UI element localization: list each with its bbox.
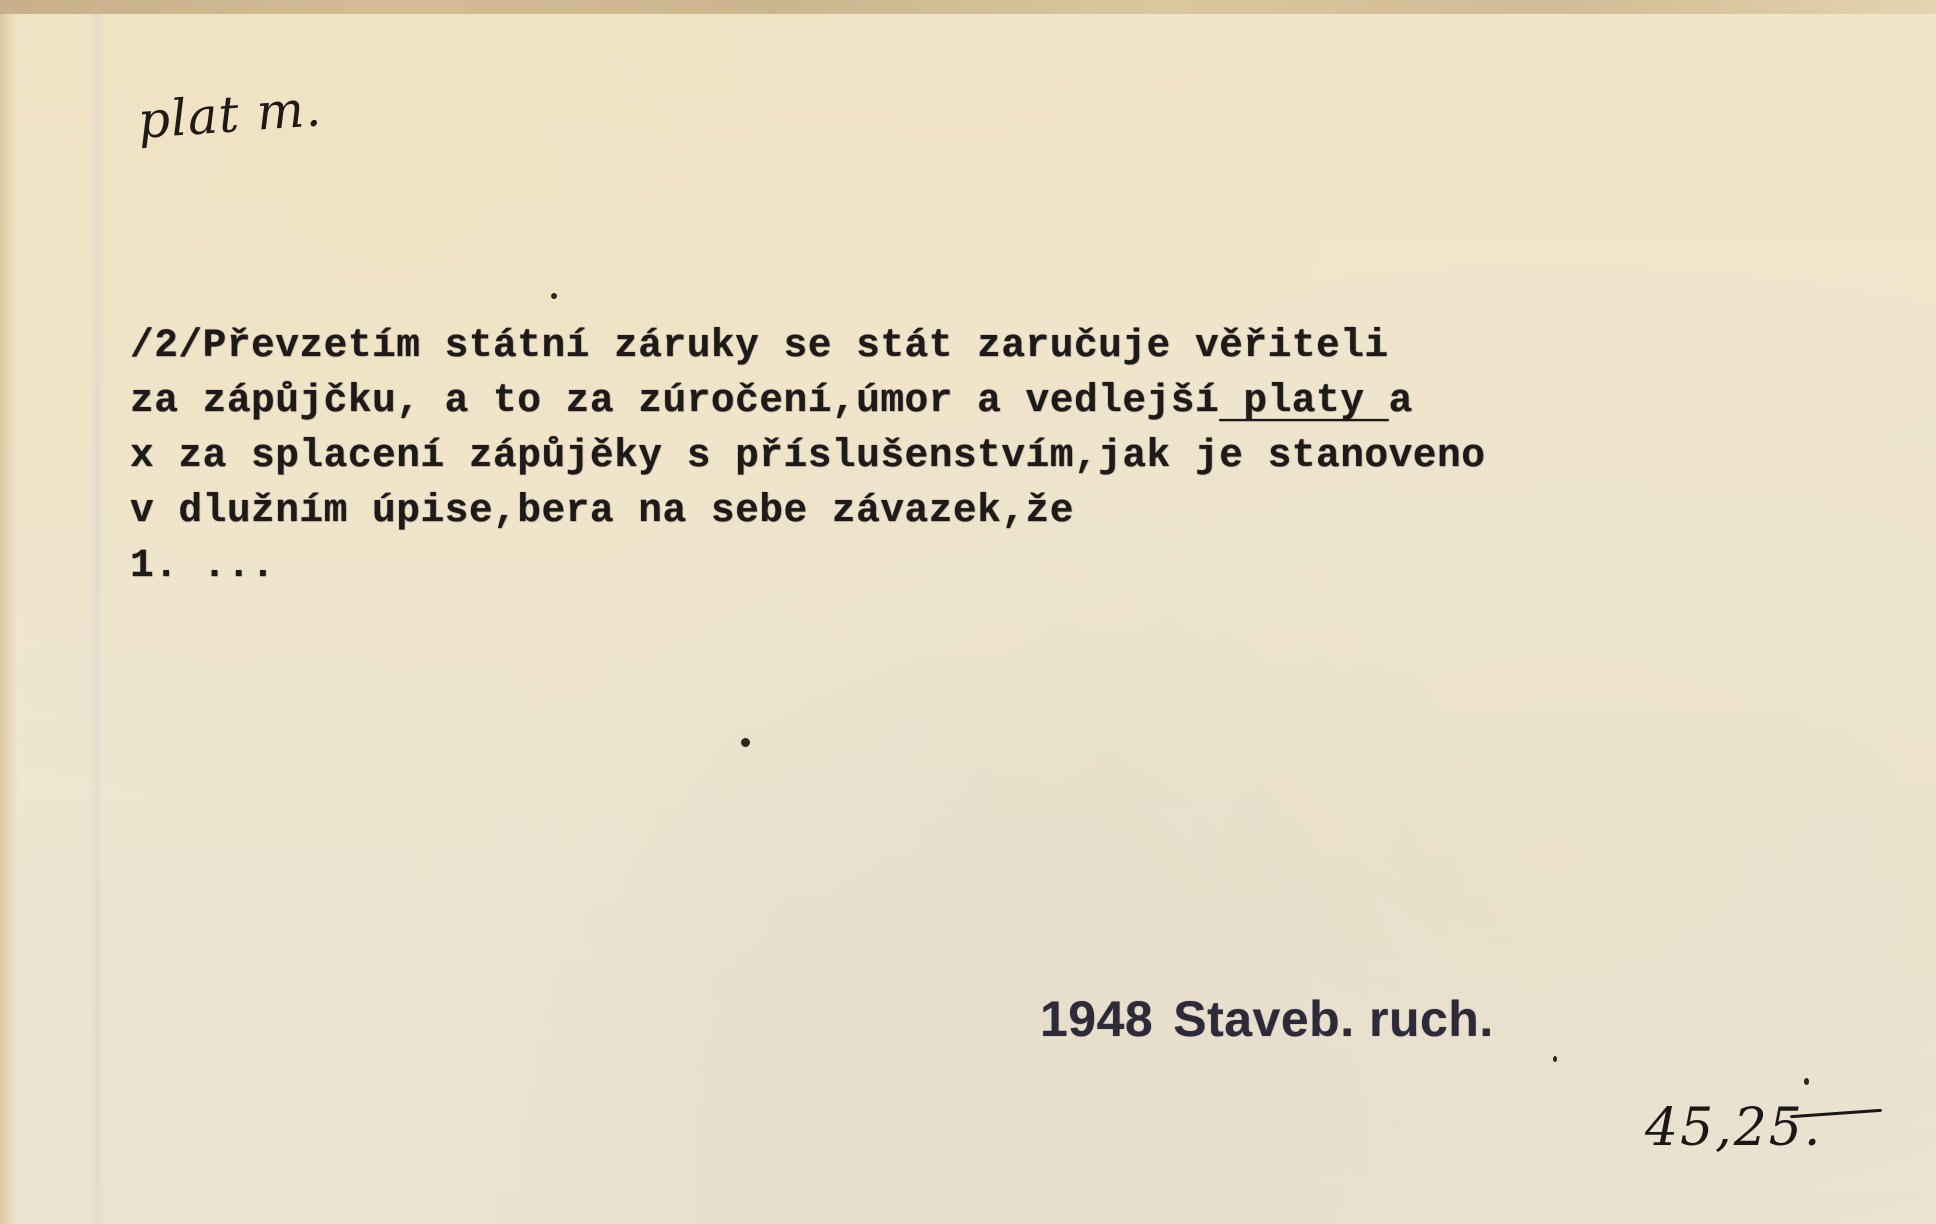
ink-speck — [1804, 1078, 1809, 1085]
typed-line-5: 1. ... — [130, 538, 1485, 593]
handwritten-header: plat m. — [136, 79, 324, 150]
stamp-label: Staveb. ruch. — [1173, 991, 1494, 1047]
ink-speck — [1553, 1056, 1557, 1062]
typed-line-1: /2/Převzetím státní záruky se stát zaruč… — [130, 318, 1485, 373]
archive-stamp: 1948Staveb. ruch. — [1040, 990, 1494, 1048]
paper-crease — [90, 14, 104, 1224]
ink-speck — [551, 293, 557, 299]
typed-line-2-before: za zápůjčku, a to za zúročení,úmor a ved… — [130, 378, 1219, 423]
typed-line-2-after: a — [1389, 378, 1413, 423]
underlined-word-platy: platy — [1219, 378, 1388, 423]
handwritten-page-number: 45,25. — [1645, 1098, 1822, 1158]
scan-left-edge — [0, 14, 18, 1224]
typed-line-3: x za splacení zápůjěky s příslušenstvím,… — [130, 428, 1485, 483]
index-card: plat m. /2/Převzetím státní záruky se st… — [0, 0, 1936, 1224]
typed-paragraph: /2/Převzetím státní záruky se stát zaruč… — [130, 318, 1485, 593]
stamp-year: 1948 — [1040, 991, 1153, 1047]
scan-top-edge — [0, 0, 1936, 14]
typed-line-2: za zápůjčku, a to za zúročení,úmor a ved… — [130, 373, 1485, 428]
ink-speck — [741, 738, 750, 747]
typed-line-4: v dlužním úpise,bera na sebe závazek,že — [130, 483, 1485, 538]
